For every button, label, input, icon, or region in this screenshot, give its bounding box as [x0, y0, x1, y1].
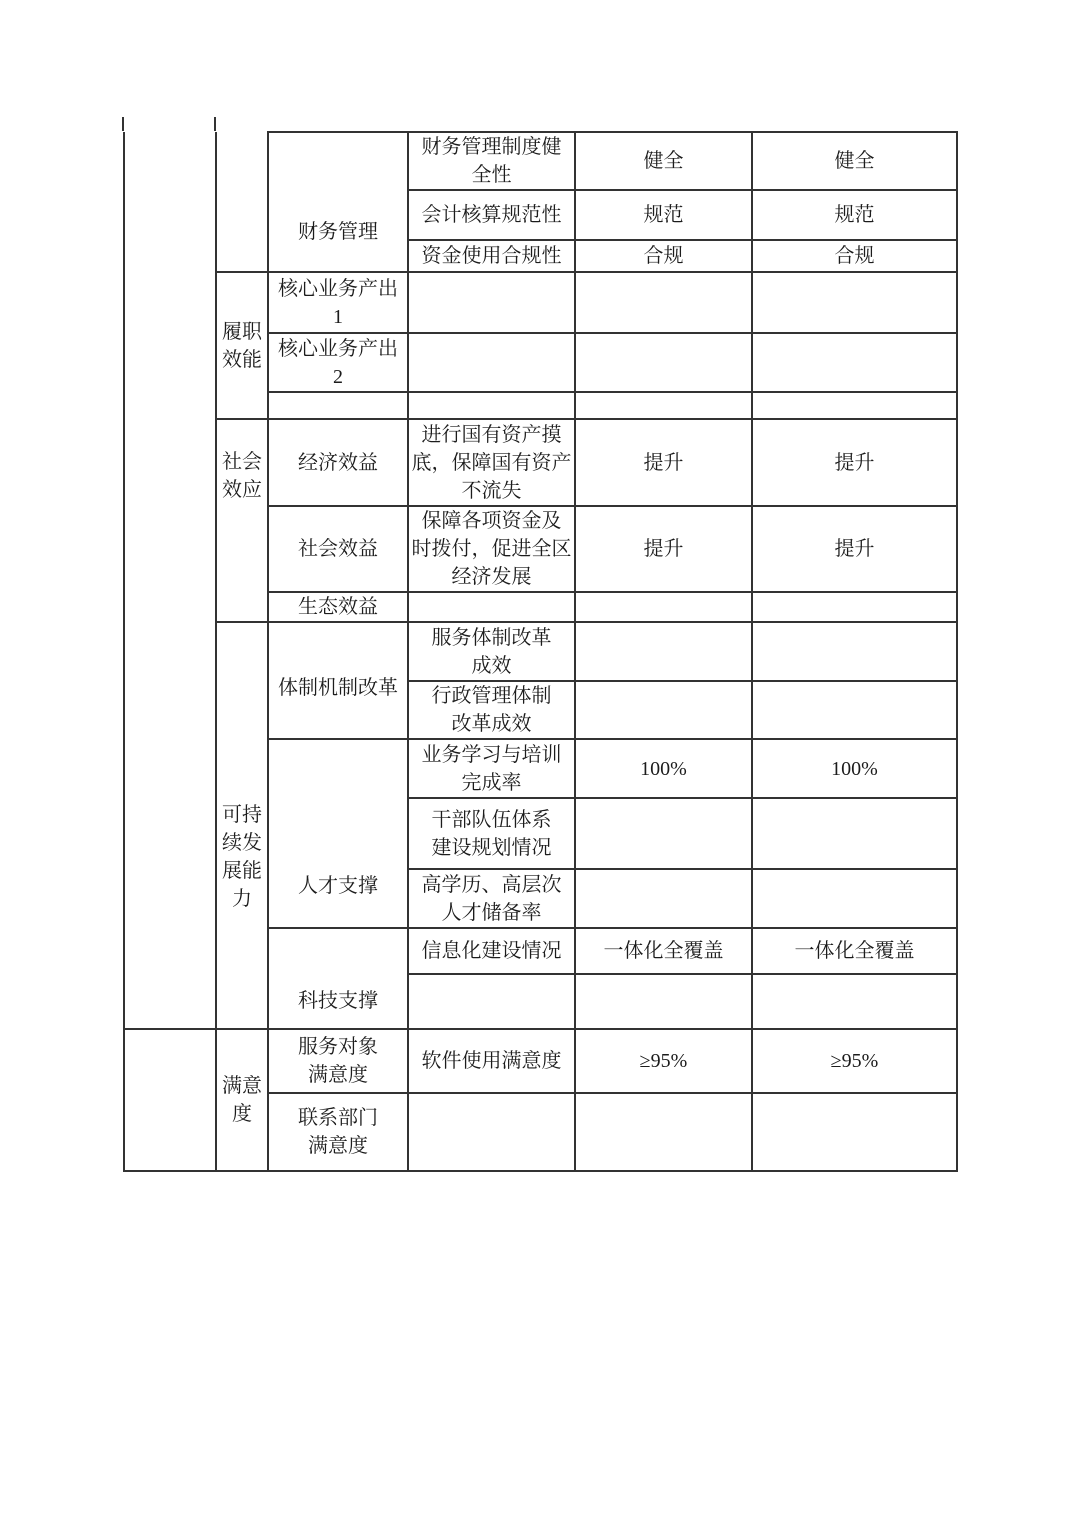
- empty-cell: [752, 592, 957, 622]
- empty-cell: [408, 592, 575, 622]
- cell-value-fund-guarantee-1: 提升: [575, 506, 752, 592]
- cell-category-satisfaction: 满意 度: [216, 1029, 268, 1171]
- cell-value-training-2: 100%: [752, 739, 957, 798]
- cell-category-sustainable: 可持 续发 展能 力: [216, 622, 268, 1029]
- row-service-reform: 可持 续发 展能 力 体制机制改革 服务体制改革 成效: [124, 622, 957, 681]
- cell-sub-economic-benefit: 经济效益: [268, 419, 408, 506]
- empty-cell: [408, 272, 575, 333]
- cell-sub-social-benefit: 社会效益: [268, 506, 408, 592]
- level2-empty-cell-top: [216, 132, 268, 272]
- empty-cell: [575, 272, 752, 333]
- cell-sub-finance-mgmt: 财务管理: [268, 132, 408, 272]
- cell-sub-talent-support: 人才支撑: [268, 739, 408, 928]
- cell-sub-service-target-satisfaction: 服务对象 满意度: [268, 1029, 408, 1093]
- empty-cell: [575, 333, 752, 392]
- cell-ind-fund-compliance: 资金使用合规性: [408, 240, 575, 272]
- cell-sub-eco-benefit: 生态效益: [268, 592, 408, 622]
- row-core-output-1: 履职 效能 核心业务产出 1: [124, 272, 957, 333]
- table-cut-rule-col2: [214, 117, 216, 131]
- table-cut-rule-left: [122, 117, 124, 131]
- cell-ind-accounting: 会计核算规范性: [408, 190, 575, 240]
- cell-value-informatization-1: 一体化全覆盖: [575, 928, 752, 974]
- row-economic-benefit: 社会 效应 经济效益 进行国有资产摸 底，保障国有资产 不流失 提升 提升: [124, 419, 957, 506]
- cell-value-accounting-1: 规范: [575, 190, 752, 240]
- cell-ind-software-satisfaction: 软件使用满意度: [408, 1029, 575, 1093]
- cell-sub-tech-support: 科技支撑: [268, 928, 408, 1029]
- cell-value-training-1: 100%: [575, 739, 752, 798]
- empty-cell: [752, 974, 957, 1029]
- cell-value-asset-survey-2: 提升: [752, 419, 957, 506]
- cell-category-social-effect: 社会 效应: [216, 419, 268, 622]
- empty-cell: [752, 798, 957, 869]
- cell-ind-fund-guarantee: 保障各项资金及 时拨付，促进全区 经济发展: [408, 506, 575, 592]
- cell-value-fund-guarantee-2: 提升: [752, 506, 957, 592]
- empty-cell: [575, 1093, 752, 1171]
- cell-sub-core-output-2: 核心业务产出 2: [268, 333, 408, 392]
- cell-ind-service-reform: 服务体制改革 成效: [408, 622, 575, 681]
- empty-cell: [575, 798, 752, 869]
- empty-cell: [752, 392, 957, 419]
- cell-sub-core-output-1: 核心业务产出 1: [268, 272, 408, 333]
- cell-value-fin-system-1: 健全: [575, 132, 752, 190]
- cell-value-fund-compliance-2: 合规: [752, 240, 957, 272]
- cell-ind-talent-reserve: 高学历、高层次 人才储备率: [408, 869, 575, 928]
- cell-value-informatization-2: 一体化全覆盖: [752, 928, 957, 974]
- cell-category-performance: 履职 效能: [216, 272, 268, 419]
- cell-ind-training-completion: 业务学习与培训 完成率: [408, 739, 575, 798]
- empty-cell: [752, 1093, 957, 1171]
- empty-cell: [752, 333, 957, 392]
- empty-cell: [268, 392, 408, 419]
- cell-value-fin-system-2: 健全: [752, 132, 957, 190]
- document-page: 财务管理 财务管理制度健 全性 健全 健全 会计核算规范性 规范 规范 资金使用…: [0, 0, 1069, 1514]
- empty-cell: [575, 681, 752, 739]
- level1-empty-cell-bottom: [124, 1029, 216, 1171]
- performance-indicator-table: 财务管理 财务管理制度健 全性 健全 健全 会计核算规范性 规范 规范 资金使用…: [123, 131, 958, 1172]
- cell-ind-informatization: 信息化建设情况: [408, 928, 575, 974]
- empty-cell: [575, 622, 752, 681]
- row-fin-system: 财务管理 财务管理制度健 全性 健全 健全: [124, 132, 957, 190]
- cell-value-software-satisfaction-1: ≥95%: [575, 1029, 752, 1093]
- cell-sub-contact-dept-satisfaction: 联系部门 满意度: [268, 1093, 408, 1171]
- empty-cell: [575, 869, 752, 928]
- empty-cell: [752, 869, 957, 928]
- empty-cell: [752, 622, 957, 681]
- empty-cell: [575, 392, 752, 419]
- empty-cell: [408, 974, 575, 1029]
- cell-ind-cadre-planning: 干部队伍体系 建设规划情况: [408, 798, 575, 869]
- empty-cell: [575, 974, 752, 1029]
- empty-cell: [408, 392, 575, 419]
- cell-sub-system-reform: 体制机制改革: [268, 622, 408, 739]
- row-service-target-satisfaction: 满意 度 服务对象 满意度 软件使用满意度 ≥95% ≥95%: [124, 1029, 957, 1093]
- cell-value-software-satisfaction-2: ≥95%: [752, 1029, 957, 1093]
- level1-empty-cell-top: [124, 132, 216, 1029]
- empty-cell: [575, 592, 752, 622]
- cell-value-accounting-2: 规范: [752, 190, 957, 240]
- cell-ind-admin-reform: 行政管理体制 改革成效: [408, 681, 575, 739]
- empty-cell: [752, 272, 957, 333]
- cell-ind-fin-system: 财务管理制度健 全性: [408, 132, 575, 190]
- empty-cell: [408, 333, 575, 392]
- empty-cell: [752, 681, 957, 739]
- empty-cell: [408, 1093, 575, 1171]
- cell-value-fund-compliance-1: 合规: [575, 240, 752, 272]
- cell-ind-asset-survey: 进行国有资产摸 底，保障国有资产 不流失: [408, 419, 575, 506]
- cell-value-asset-survey-1: 提升: [575, 419, 752, 506]
